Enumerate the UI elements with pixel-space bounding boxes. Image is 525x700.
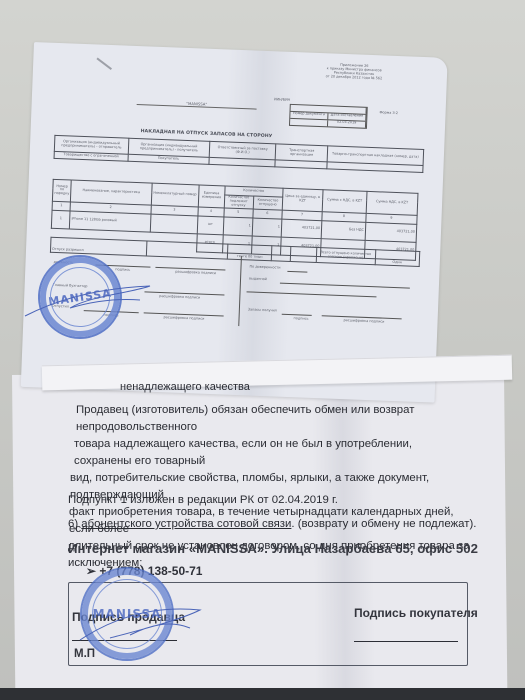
col-header-unit: Единица измерения: [198, 185, 224, 208]
receipt-heading: ненадлежащего качества: [120, 381, 250, 393]
buyer-signature-label: Подпись покупателя: [354, 606, 478, 620]
item-no: 1: [51, 210, 70, 229]
issued-label: выданной: [249, 277, 267, 282]
docbox-row: 02.04.2019: [290, 119, 366, 128]
item-vat: 403721,00: [365, 222, 417, 242]
doc-date-value: 02.04.2019: [328, 120, 366, 127]
paragraph-line: товара надлежащего качества, если он не …: [72, 436, 472, 470]
subpoint-note: Подпункт 1 изложен в редакции РК от 02.0…: [68, 494, 338, 506]
summary-cell: [146, 241, 228, 259]
arrow-bullet-icon: ➢: [86, 564, 96, 578]
paragraph-line: Продавец (изготовитель) обязан обеспечит…: [72, 402, 472, 436]
approval-block: Приложение 26 к приказу Министра финансо…: [319, 63, 390, 81]
signature-scribble: [70, 600, 210, 650]
signature-scribble: [20, 268, 160, 328]
waybill-sheet: Приложение 26 к приказу Министра финансо…: [21, 42, 448, 403]
item-sum-vat: Без НДС: [321, 220, 365, 240]
exception-prefix: 6): [68, 518, 81, 530]
summary-cell: [290, 247, 316, 263]
document-number-box: Номер документа Дата составления 02.04.2…: [289, 104, 368, 129]
buyer-signature-line: [354, 641, 458, 642]
exception-suffix: . (возврату и обмену не подлежат).: [291, 518, 476, 530]
col-header-sum-vat: Сумма с НДС, в KZT: [322, 190, 367, 213]
total-released-label: Всего отпущено количество запасов (пропи…: [316, 247, 376, 264]
col-header-to-release: Количество подлежит отпуску: [224, 195, 254, 209]
total-released-value: Один: [375, 250, 420, 267]
transport-value: [275, 160, 327, 169]
doc-number-value: [290, 119, 328, 126]
store-address: Интернет магазин «MANISSA». Улица Назарб…: [68, 541, 478, 556]
item-unit: шт: [197, 216, 223, 235]
col-header-nomenclature: Номенклатурный номер: [151, 183, 199, 207]
exception-item: 6) абонентского устройства сотовой связи…: [68, 518, 476, 530]
transcript-caption: расшифровка подписи: [163, 316, 204, 321]
col-header-name: Наименование, характеристика: [71, 180, 152, 205]
transcript-caption: расшифровка подписи: [175, 271, 216, 276]
signature-caption: подпись: [293, 317, 308, 321]
ident-label: ИИН/БИН: [274, 98, 290, 103]
amount-label: тенге 00 тиын: [227, 244, 272, 261]
transcript-caption: расшифровка подписи: [159, 295, 200, 300]
col-header-price: Цена за единицу, в KZT: [282, 188, 323, 211]
desk-edge: [0, 688, 525, 700]
released-by-label: Отпуск разрешил: [50, 237, 146, 256]
col-header-released: Количество отпущено: [253, 196, 283, 210]
form-label: Форма З-2: [379, 111, 398, 116]
summary-cell: [272, 246, 291, 262]
responsible-value: [209, 157, 276, 167]
item-released: 1: [252, 218, 282, 237]
signature-line: [287, 271, 307, 273]
item-to-release: 1: [223, 217, 253, 236]
item-nomenclature: [150, 214, 198, 234]
signature-line: [280, 283, 410, 289]
transcript-caption: расшифровка подписи: [343, 319, 384, 324]
col-header-no: Номер по порядку: [52, 179, 71, 201]
exception-underlined: абонентского устройства сотовой связи: [81, 518, 291, 530]
col-header-vat: Сумма НДС, в KZT: [366, 191, 418, 215]
staple-icon: [96, 57, 112, 69]
transport-header: Транспортная организация: [276, 144, 328, 162]
item-price: 403721,00: [281, 219, 322, 239]
approval-line: от 20 декабря 2012 года № 562: [319, 75, 389, 82]
sender-value: Товарищество с ограниченной: [54, 151, 128, 161]
